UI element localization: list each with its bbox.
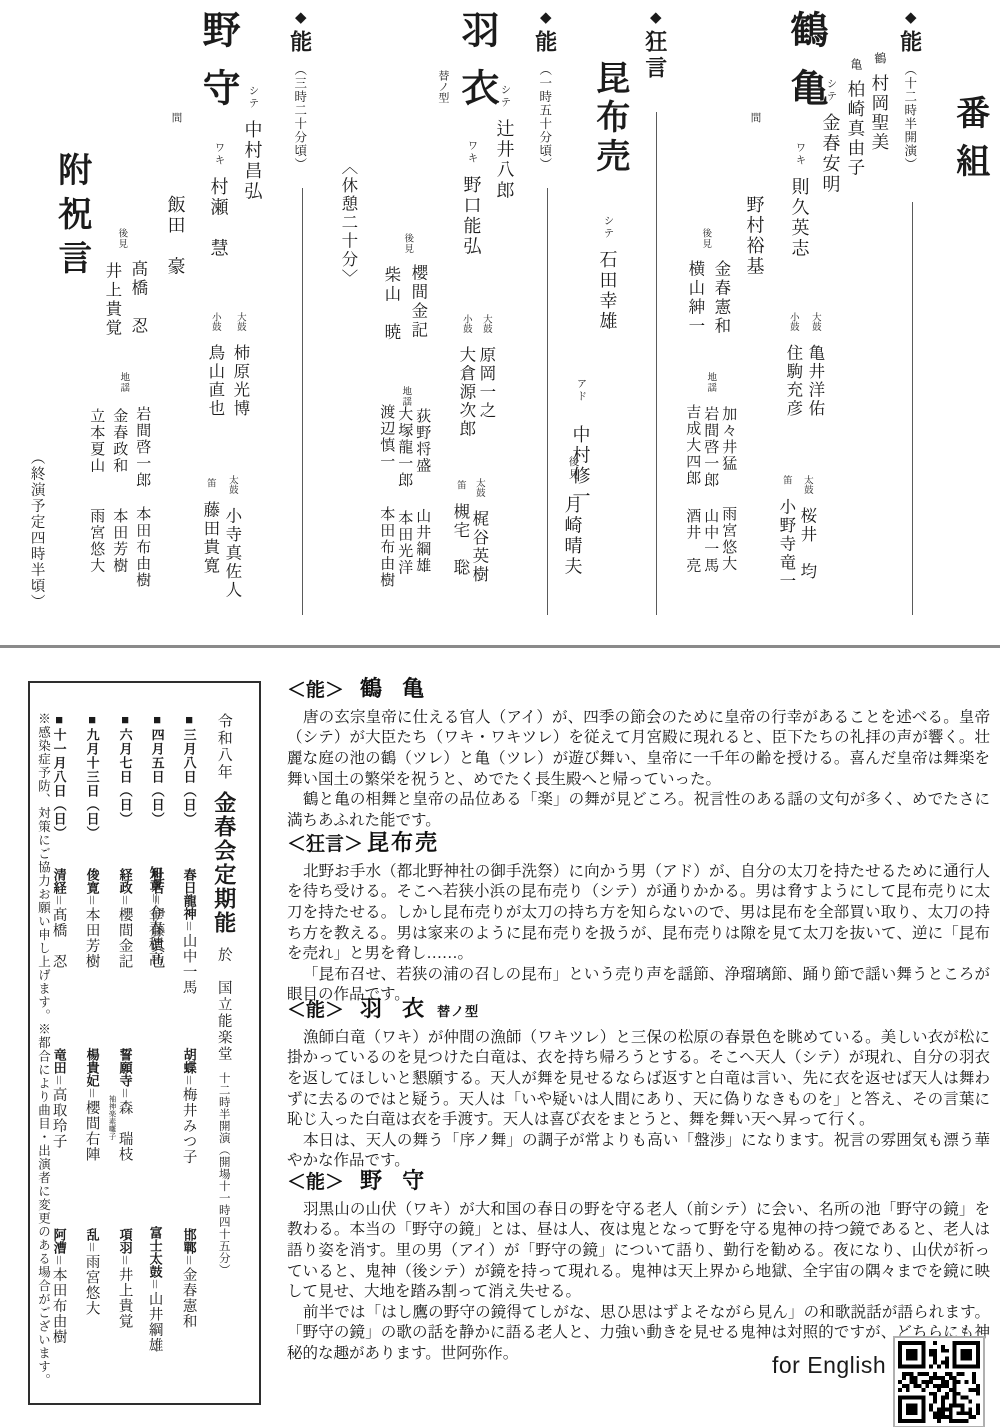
performer-name: 本田芳樹 <box>84 907 100 969</box>
performer-name: 月崎晴夫 <box>562 495 581 577</box>
description-title: 野 守 <box>360 1168 431 1193</box>
description-title: 羽 衣 <box>360 996 431 1021</box>
section-rule <box>912 202 913 615</box>
role-label: 間 <box>170 112 181 125</box>
play-title: 楊貴妃 <box>85 1048 100 1087</box>
role-label: ワキ <box>466 140 477 165</box>
header-time: （一時五十分頃） <box>537 63 551 171</box>
header-kind: 狂言 <box>643 30 667 82</box>
synopsis-paragraph: 鶴と亀の相舞と皇帝の品位ある「楽」の舞が見どころ。祝言性のある謡の文句が多く、め… <box>287 790 990 831</box>
equals-sign: ＝ <box>118 894 132 907</box>
synopsis-paragraph: 羽黒山の山伏（ワキ）が大和国の春日の野を守る老人（前シテ）に会い、名所の池「野守… <box>287 1200 990 1303</box>
diamond-icon: ◆ <box>292 8 308 26</box>
section-rule <box>302 188 303 615</box>
hayashi-taiko: 太鼓小寺真佐人 <box>223 475 241 600</box>
cast-ai-tsurukame: 間野村裕基 <box>744 112 763 277</box>
description-heading: ＜能＞野 守 <box>287 1168 990 1195</box>
role-label: 小鼓 <box>461 314 471 333</box>
cast-waki-tsurukame: ワキ則久英志 <box>789 142 808 259</box>
schedule-play: 邯鄲＝金春憲和 <box>180 1228 198 1408</box>
role-label: 後見 <box>567 456 578 481</box>
performer-name: 藤田貴寛 <box>201 501 219 575</box>
section-header-hagoromo: ◆能（一時五十分頃） <box>533 8 557 171</box>
performer-name: 飯田 豪 <box>165 195 184 277</box>
role-label: ワキ <box>794 142 805 167</box>
play-title-tsurukame: 鶴亀 <box>784 10 825 126</box>
performer-name: 辻井八郎 <box>494 119 513 201</box>
performer-name: 金春憲和 <box>181 1267 197 1329</box>
koken-name: 柴山 暁 <box>382 266 400 342</box>
play-title: 知章 <box>148 866 163 892</box>
performer-name: 山井綱雄 <box>147 1291 163 1353</box>
schedule-play: 胡蝶＝梅井みつ子 <box>180 1048 198 1228</box>
performer-name: 櫻間右陣 <box>84 1100 100 1162</box>
performer-name: 大倉源次郎 <box>457 346 475 439</box>
cast-tsuru: 鶴村岡聖美 <box>870 52 889 152</box>
equals-sign: ＝ <box>118 1254 132 1267</box>
role-label: 大鼓 <box>235 312 245 331</box>
equals-sign: ＝ <box>52 1254 66 1267</box>
equals-sign: ＝ <box>52 1074 66 1087</box>
description-tsurukame: ＜能＞鶴 亀 唐の玄宗皇帝に仕える官人（アイ）が、四季の節会のために皇帝の行幸が… <box>287 676 990 831</box>
koken-name: 横山紳一 <box>686 260 704 336</box>
jiutai-name: 本田布由樹 <box>134 506 150 589</box>
schedule-date: ■四月五日（日） <box>150 712 164 868</box>
jiutai-label: 地謡 <box>118 372 128 393</box>
schedule-play: 清経＝髙橋 忍 <box>50 868 68 1048</box>
koken-label: 後見 <box>700 228 710 249</box>
jiutai-name: 酒井 亮 <box>684 508 700 574</box>
jiutai-name: 金春政和 <box>111 408 127 474</box>
play-title-nomori: 野守 <box>196 10 237 126</box>
description-nomori: ＜能＞野 守 羽黒山の山伏（ワキ）が大和国の春日の野を守る老人（前シテ）に会い、… <box>287 1168 990 1365</box>
jiutai-label: 地謡 <box>705 372 715 393</box>
page-title: 番組 <box>950 95 987 191</box>
performer-name: 住駒充彦 <box>784 344 802 418</box>
schedule-play: 俊寛＝本田芳樹 <box>83 868 101 1048</box>
performer-name: 鳥山直也 <box>206 344 224 418</box>
schedule-org-title: 金春会定期能 <box>212 791 236 935</box>
schedule-date: ■九月十三日（日） <box>85 712 99 868</box>
cast-waki-hagoromo: ワキ野口能弘 <box>461 140 480 257</box>
schedule-heading: 令和八年金春会定期能於 国立能楽堂十二時半開演（開場十一時四十五分） <box>212 713 236 1276</box>
diamond-icon: ◆ <box>902 8 918 26</box>
play-title-konbuuri: 昆布売 <box>590 60 627 177</box>
cast-kame: 亀柏崎真由子 <box>846 58 865 178</box>
equals-sign: ＝ <box>85 1087 99 1100</box>
performer-name: 柏崎真由子 <box>846 80 865 178</box>
role-label: シテ <box>825 78 836 103</box>
synopsis-paragraph: 本日は、天人の舞う「序ノ舞」の調子が常よりも高い「盤渉」になります。祝言の雰囲気… <box>287 1131 990 1172</box>
for-english-label: for English <box>772 1352 886 1379</box>
role-label: 小鼓 <box>788 312 798 331</box>
section-divider <box>0 645 1000 648</box>
schedule-date-column: ■九月十三日（日）俊寛＝本田芳樹楊貴妃＝櫻間右陣乱＝雨宮悠大 <box>83 712 101 1408</box>
schedule-play: 項羽＝井上貴覚 <box>116 1228 134 1408</box>
section-header-konbuuri: ◆狂言 <box>643 8 667 82</box>
performer-name: 高取玲子 <box>51 1087 67 1149</box>
kogaki-annotation: 袖神楽素囃子 <box>108 1095 117 1129</box>
genre-tag: ＜能＞ <box>287 680 344 701</box>
role-label: 笛 <box>455 480 465 490</box>
performer-name: 石田幸雄 <box>597 250 616 332</box>
cast-shite-konbuuri: シテ石田幸雄 <box>597 215 616 332</box>
hayashi-taiko: 太鼓桜井 均 <box>798 475 816 581</box>
header-kind: 能 <box>288 30 312 56</box>
schedule-play: 誓願寺＝森 瑞枝 <box>116 1048 134 1228</box>
schedule-disclaimer: ※感染症予防、対策にご協力お願い申し上げます。※都合により曲目・出演者に変更のあ… <box>36 712 50 1387</box>
section-rule <box>547 188 548 615</box>
diamond-icon: ◆ <box>537 8 553 26</box>
section-header-nomori: ◆能（三時二十分頃） <box>288 8 312 171</box>
role-label: 笛 <box>205 478 215 488</box>
role-label: 大鼓 <box>481 314 491 333</box>
performer-name: 村瀬 慧 <box>208 177 227 259</box>
synopsis-paragraph: 北野お手水（都北野神社の御手洗祭）に向かう男（アド）が、自分の太刀を持たせるため… <box>287 862 990 965</box>
qr-code-icon <box>893 1336 985 1427</box>
play-title: 経政 <box>118 868 133 894</box>
performer-name: 野口能弘 <box>461 175 480 257</box>
cast-waki-nomori: ワキ村瀬 慧 <box>208 142 227 259</box>
performer-name: 小野寺竜一 <box>777 498 795 591</box>
jiutai-name: 雨宮悠大 <box>88 508 104 574</box>
role-label: 大鼓 <box>810 312 820 331</box>
schedule-date-column: ■三月八日（日）春日龍神＝山中一馬胡蝶＝梅井みつ子邯鄲＝金春憲和 <box>180 712 198 1408</box>
cast-koken-konbuuri: 後見月崎晴夫 <box>562 456 581 577</box>
jiutai-name: 山井綱雄 <box>414 508 430 574</box>
equals-sign: ＝ <box>182 1074 196 1087</box>
equals-sign: ＝ <box>85 1241 99 1254</box>
koken-label: 後見 <box>402 233 412 254</box>
play-title: 清経 <box>52 868 67 894</box>
play-title: 春日龍神 <box>182 868 197 920</box>
description-heading: ＜能＞鶴 亀 <box>287 676 990 703</box>
performer-name: 井上貴覚 <box>117 1267 133 1329</box>
performer-name: 亀井洋佑 <box>806 344 824 418</box>
play-title: 俊寛 <box>85 868 100 894</box>
role-label: 太鼓 <box>227 475 237 494</box>
schedule-play: 富士太鼓＝山井綱雄 <box>146 1226 164 1353</box>
hayashi-otsuzumi: 大鼓柿原光博 <box>231 312 249 418</box>
schedule-play: 竜田＝高取玲子 <box>50 1048 68 1228</box>
play-title: 富士太鼓 <box>148 1226 163 1278</box>
schedule-date-column: ■十一月八日（日）清経＝髙橋 忍竜田＝高取玲子阿漕＝本田布由樹 <box>50 712 68 1408</box>
schedule-year: 令和八年 <box>216 713 232 781</box>
schedule-play: 楊貴妃＝櫻間右陣 <box>83 1048 101 1228</box>
play-title: 竜田 <box>52 1048 67 1074</box>
play-title: 胡蝶 <box>182 1048 197 1074</box>
header-kind: 能 <box>533 30 557 56</box>
koken-name: 井上貴覚 <box>103 262 121 338</box>
hayashi-kotsuzumi: 小鼓鳥山直也 <box>206 312 224 418</box>
jiutai-name: 渡辺慎一 <box>378 404 394 470</box>
performer-name: 山中一馬 <box>181 933 197 995</box>
hayashi-otsuzumi: 大鼓原岡一之 <box>477 314 495 420</box>
performer-name: 柿原光博 <box>231 344 249 418</box>
performer-name: 中村昌弘 <box>242 120 261 202</box>
play-title: 邯鄲 <box>182 1228 197 1254</box>
genre-tag: ＜狂言＞ <box>287 834 363 855</box>
schedule-play: 阿漕＝本田布由樹 <box>50 1228 68 1408</box>
jiutai-name: 立本夏山 <box>88 408 104 474</box>
role-label: シテ <box>499 84 510 109</box>
annual-schedule-box: 令和八年金春会定期能於 国立能楽堂十二時半開演（開場十一時四十五分） ■三月八日… <box>28 681 261 1405</box>
jiutai-label: 地謡 <box>400 386 410 407</box>
schedule-play: 春日龍神＝山中一馬 <box>180 868 198 1048</box>
performer-name: 梅井みつ子 <box>181 1087 197 1165</box>
role-label: 亀 <box>849 58 862 72</box>
role-label: ワキ <box>213 142 224 167</box>
noh-program-page: 番組 ◆能（十二時半開演） 鶴村岡聖美 亀柏崎真由子 シテ金春安明 鶴亀 ワキ則… <box>0 0 1000 1427</box>
role-label: 間 <box>749 112 760 125</box>
description-title: 鶴 亀 <box>360 676 431 701</box>
schedule-play: 知章＝金春穂高 <box>146 866 164 967</box>
role-label: 小鼓 <box>210 312 220 331</box>
description-hagoromo: ＜能＞羽 衣替ノ型 漁師白竜（ワキ）が仲間の漁師（ワキツレ）と三保の松原の春景色… <box>287 996 990 1172</box>
equals-sign: ＝ <box>148 892 162 905</box>
header-time: （十二時半開演） <box>902 63 916 171</box>
equals-sign: ＝ <box>52 894 66 907</box>
kogaki-annotation: 替ノ型 <box>437 1004 479 1019</box>
jiutai-name: 荻野将盛 <box>414 408 430 474</box>
play-kogaki-hagoromo: 替ノ型 <box>436 70 448 103</box>
performer-name: 原岡一之 <box>477 346 495 420</box>
equals-sign: ＝ <box>182 1254 196 1267</box>
closing-title: 附祝言 <box>52 152 89 284</box>
schedule-time-note: 十二時半開演（開場十一時四十五分） <box>217 1072 229 1276</box>
performer-name: 則久英志 <box>789 177 808 259</box>
koken-label: 後見 <box>116 228 126 249</box>
synopsis-paragraph: 漁師白竜（ワキ）が仲間の漁師（ワキツレ）と三保の松原の春景色を眺めている。美しい… <box>287 1028 990 1131</box>
equals-sign: ＝ <box>148 1278 162 1291</box>
jiutai-name: 岩間啓一郎 <box>702 406 718 489</box>
hayashi-kotsuzumi: 小鼓住駒充彦 <box>784 312 802 418</box>
performer-name: 髙橋 忍 <box>51 907 67 969</box>
jiutai-name: 吉成大四郎 <box>684 404 700 487</box>
performer-name: 森 瑞枝 <box>117 1100 133 1162</box>
cast-shite-nomori: シテ中村昌弘 <box>242 85 261 202</box>
performer-name: 金春穂高 <box>147 905 163 967</box>
role-label: 笛 <box>781 475 791 485</box>
play-title: 乱 <box>85 1228 100 1241</box>
closing-time-note: （終演予定四時半頃） <box>28 450 44 610</box>
hayashi-otsuzumi: 大鼓亀井洋佑 <box>806 312 824 418</box>
performer-name: 村岡聖美 <box>870 74 889 152</box>
koken-name: 髙橋 忍 <box>129 260 147 336</box>
performer-name: 野村裕基 <box>744 195 763 277</box>
section-header-tsurukame: ◆能（十二時半開演） <box>898 8 922 171</box>
hayashi-fue: 笛槻宅 聡 <box>451 480 469 577</box>
role-label: シテ <box>247 85 258 110</box>
hayashi-fue: 笛小野寺竜一 <box>777 475 795 590</box>
role-label: 太鼓 <box>474 478 484 497</box>
performer-name: 櫻間金記 <box>117 907 133 969</box>
performer-name: 雨宮悠大 <box>84 1254 100 1316</box>
jiutai-name: 加々井猛 <box>720 406 736 472</box>
intermission-note: 〈休憩二十分〉 <box>339 158 357 288</box>
play-title: 項羽 <box>118 1228 133 1254</box>
koken-name: 金春憲和 <box>712 260 730 336</box>
cast-ai-nomori: 間飯田 豪 <box>165 112 184 277</box>
jiutai-name: 山中一馬 <box>702 508 718 574</box>
schedule-date: ■三月八日（日） <box>182 712 196 868</box>
genre-tag: ＜能＞ <box>287 1172 344 1193</box>
genre-tag: ＜能＞ <box>287 1000 344 1021</box>
description-heading: ＜狂言＞昆布売 <box>287 830 990 857</box>
schedule-date: ■十一月八日（日） <box>52 712 66 868</box>
play-title: 誓願寺 <box>118 1048 133 1087</box>
schedule-date: ■六月七日（日） <box>118 712 132 868</box>
header-time: （三時二十分頃） <box>292 63 306 171</box>
role-label: 太鼓 <box>802 475 812 494</box>
diamond-icon: ◆ <box>647 8 663 26</box>
play-title: 阿漕 <box>52 1228 67 1254</box>
performer-name: 槻宅 聡 <box>451 503 469 577</box>
jiutai-name: 本田芳樹 <box>111 508 127 574</box>
description-konbuuri: ＜狂言＞昆布売 北野お手水（都北野神社の御手洗祭）に向かう男（アド）が、自分の太… <box>287 830 990 1006</box>
hayashi-taiko: 太鼓梶谷英樹 <box>470 478 488 584</box>
header-kind: 能 <box>898 30 922 56</box>
synopsis-paragraph: 唐の玄宗皇帝に仕える官人（アイ）が、四季の節会のために皇帝の行幸があることを述べ… <box>287 708 990 790</box>
description-title: 昆布売 <box>367 830 439 855</box>
performer-name: 桜井 均 <box>798 507 816 581</box>
role-label: 鶴 <box>873 52 886 66</box>
hayashi-kotsuzumi: 小鼓大倉源次郎 <box>457 314 475 439</box>
equals-sign: ＝ <box>182 920 196 933</box>
schedule-date-column: ■六月七日（日）経政＝櫻間金記誓願寺＝森 瑞枝項羽＝井上貴覚 <box>116 712 134 1408</box>
jiutai-name: 岩間啓一郎 <box>134 406 150 489</box>
section-rule <box>656 112 657 615</box>
koken-name: 櫻間金記 <box>409 264 427 340</box>
description-heading: ＜能＞羽 衣替ノ型 <box>287 996 990 1023</box>
performer-name: 本田布由樹 <box>51 1267 67 1345</box>
schedule-venue: 於 国立能楽堂 <box>215 947 231 1063</box>
role-label: アド <box>575 378 586 403</box>
jiutai-name: 雨宮悠大 <box>720 506 736 572</box>
jiutai-name: 本田光洋 <box>396 510 412 576</box>
hayashi-fue: 笛藤田貴寛 <box>201 478 219 575</box>
schedule-play: 経政＝櫻間金記 <box>116 868 134 1048</box>
performer-name: 小寺真佐人 <box>223 507 241 600</box>
schedule-play: 乱＝雨宮悠大 <box>83 1228 101 1408</box>
performer-name: 梶谷英樹 <box>470 510 488 584</box>
role-label: シテ <box>602 215 613 240</box>
jiutai-name: 大塚龍一郎 <box>396 406 412 489</box>
jiutai-name: 本田布由樹 <box>378 506 394 589</box>
equals-sign: ＝ <box>85 894 99 907</box>
equals-sign: ＝ <box>118 1087 132 1100</box>
play-title-hagoromo: 羽衣 <box>455 10 496 126</box>
